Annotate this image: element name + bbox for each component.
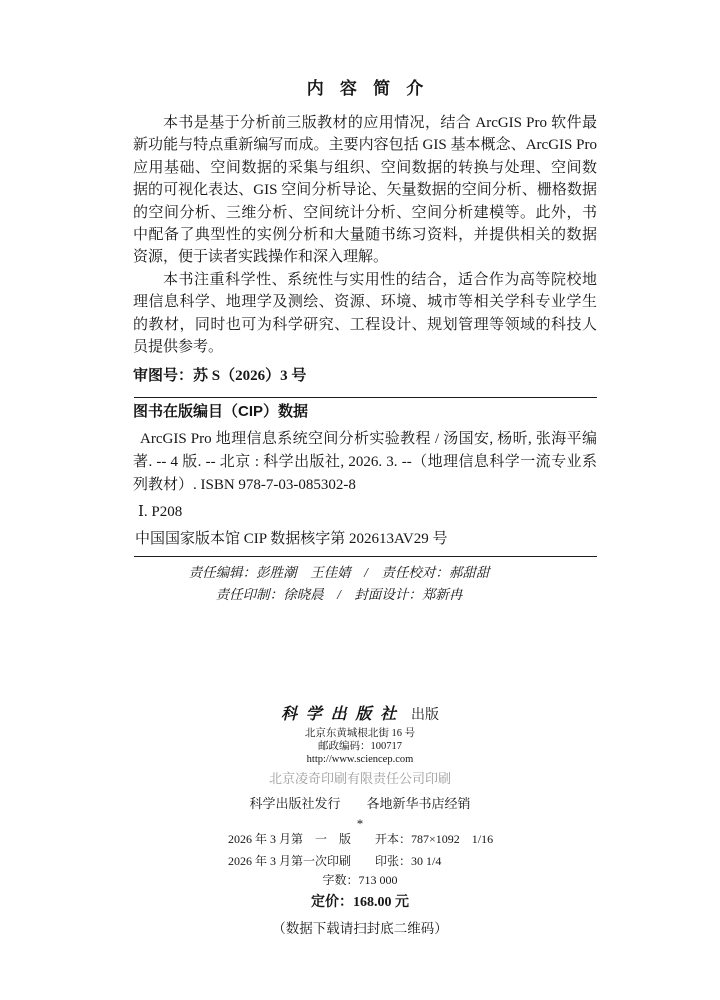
printer-line: 北京凌奇印刷有限责任公司印刷 [0,771,720,787]
divider-rule-bottom [134,556,597,557]
publisher-website: http://www.sciencep.com [0,753,720,766]
map-approval-number: 审图号：苏 S（2026）3 号 [133,366,597,386]
publisher-logo-line: 科学出版社 出版 [0,704,720,727]
distribution-line: 科学出版社发行 各地新华书店经销 [0,796,720,812]
edition-details: 2026 年 3 月第 一 版 开本：787×1092 1/16 2026 年 … [228,828,493,872]
summary-paragraph-2: 本书注重科学性、系统性与实用性的结合，适合作为高等院校地理信息科学、地理学及测绘… [133,269,597,359]
publisher-postal-code: 邮政编码：100717 [0,740,720,753]
summary-title-text: 内容简介 [307,78,440,100]
cip-heading: 图书在版编目（CIP）数据 [133,403,597,421]
staff-credits: 责任编辑：彭胜潮 王佳婧 / 责任校对：郝甜甜 责任印制：徐晓晨 / 封面设计：… [107,562,571,606]
publisher-logo: 科学出版社 [281,706,405,723]
summary-paragraph-1: 本书是基于分析前三版教材的应用情况，结合 ArcGIS Pro 软件最新功能与特… [133,112,597,269]
divider-rule-top [134,397,597,398]
price: 定价：168.00 元 [0,894,720,912]
cip-entry: ArcGIS Pro 地理信息系统空间分析实验教程 / 汤国安, 杨昕, 张海平… [133,428,597,497]
publish-label: 出版 [411,708,439,723]
publisher-block: 科学出版社 出版 北京东黄城根北街 16 号 邮政编码：100717 http:… [0,704,720,831]
cip-classification: Ⅰ. P208 [138,503,602,521]
copyright-page: 内容简介 本书是基于分析前三版教材的应用情况，结合 ArcGIS Pro 软件最… [0,0,720,1000]
summary-title: 内容简介 [133,78,597,100]
cip-record-number: 中国国家版本馆 CIP 数据核字第 202613AV29 号 [135,530,599,548]
word-count: 字数：713 000 [0,872,720,888]
edition-line: 2026 年 3 月第 一 版 开本：787×1092 1/16 [228,828,493,850]
editors-line: 责任编辑：彭胜潮 王佳婧 / 责任校对：郝甜甜 [107,562,571,584]
summary-body: 本书是基于分析前三版教材的应用情况，结合 ArcGIS Pro 软件最新功能与特… [133,112,597,358]
printing-line: 2026 年 3 月第一次印刷 印张：30 1/4 [228,850,493,872]
download-note: （数据下载请扫封底二维码） [0,920,720,938]
production-line: 责任印制：徐晓晨 / 封面设计：郑新冉 [107,584,571,606]
publisher-address: 北京东黄城根北街 16 号 [0,727,720,740]
